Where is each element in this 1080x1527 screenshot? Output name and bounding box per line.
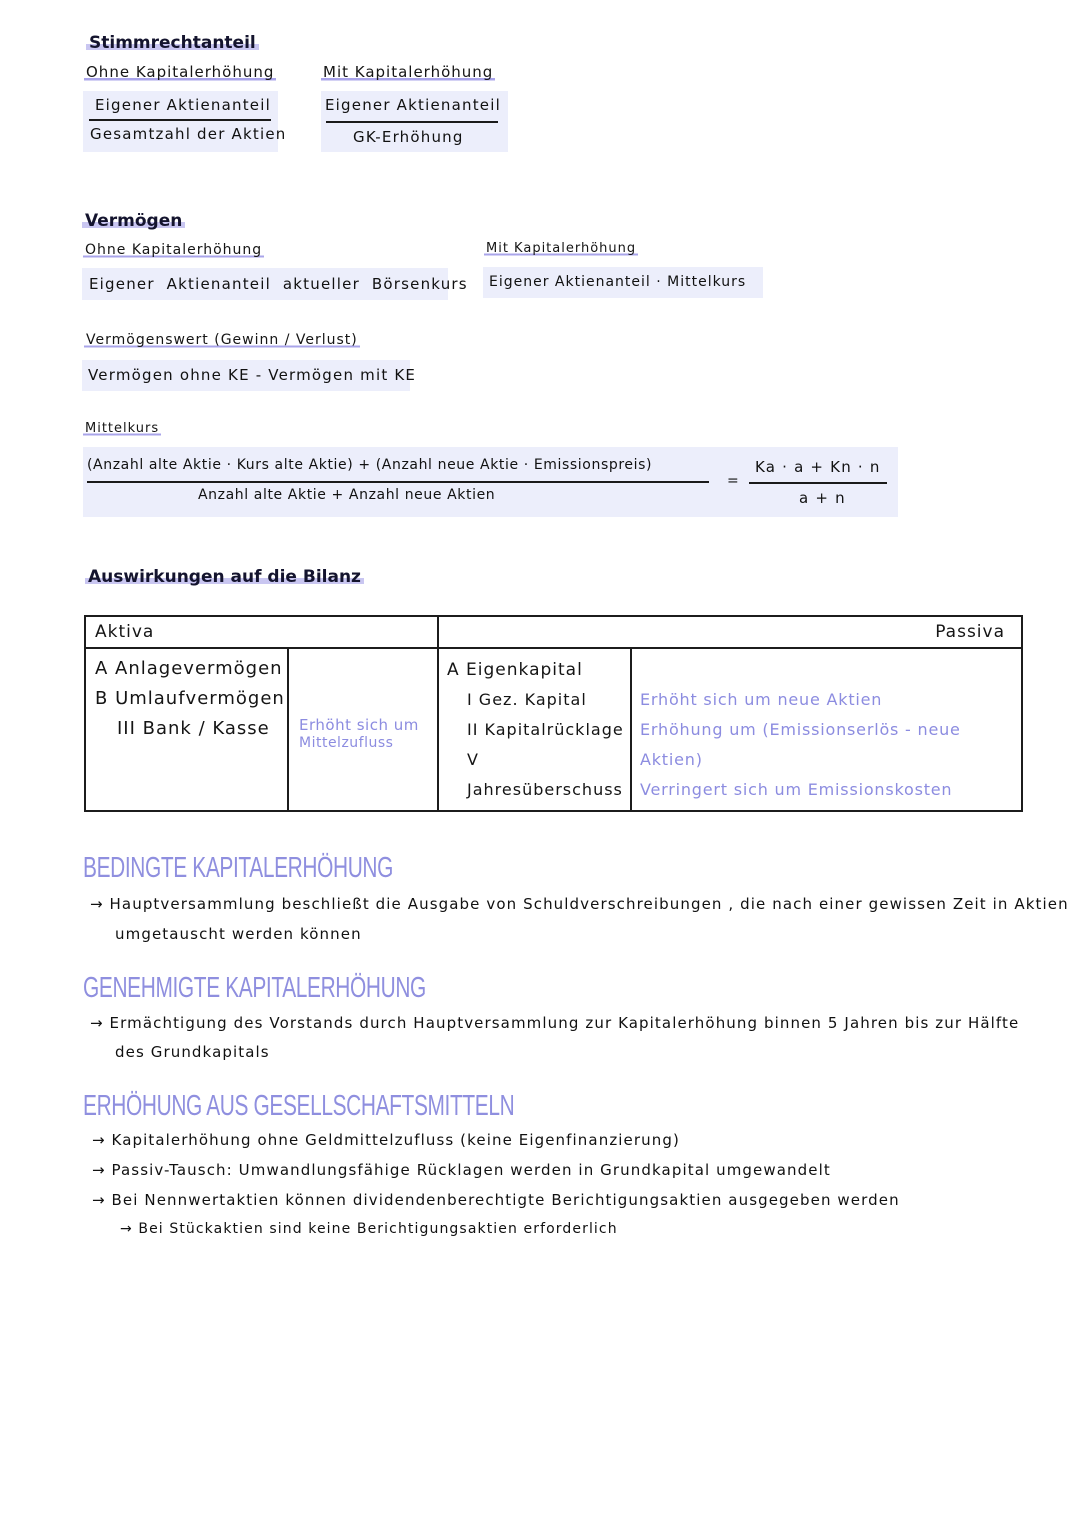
stimmrecht-mit-denominator: GK-Erhöhung (353, 128, 464, 146)
mittelkurs-numerator: (Anzahl alte Aktie · Kurs alte Aktie) + … (87, 457, 652, 473)
passiva-note: Erhöhung um (Emissionserlös - neue Aktie… (640, 715, 1021, 775)
vermoegenswert-label: Vermögenswert (Gewinn / Verlust) (84, 332, 360, 349)
vermoegen-mit-label: Mit Kapitalerhöhung (484, 241, 638, 257)
aktiva-note-line: Erhöht sich um (299, 716, 437, 735)
section-bullet: → Bei Stückaktien sind keine Berichtigun… (120, 1221, 618, 1237)
section-heading-bedingte: BEDINGTE KAPITALERHÖHUNG (83, 852, 393, 885)
aktiva-item: A Anlagevermögen (95, 654, 287, 684)
vermoegen-ohne-formula-box: Eigener Aktienanteil aktueller Börsenkur… (82, 268, 448, 300)
aktiva-note-cell: Erhöht sich um Mittelzufluss (288, 648, 438, 811)
section-heading-genehmigte: GENEHMIGTE KAPITALERHÖHUNG (83, 972, 426, 1005)
bilanz-table: Aktiva Passiva A Anlagevermögen B Umlauf… (84, 615, 1023, 812)
mittelkurs-label: Mittelkurs (83, 421, 161, 437)
passiva-note: Verringert sich um Emissionskosten (640, 775, 1021, 805)
vermoegen-mit-formula-box: Eigener Aktienanteil · Mittelkurs (483, 267, 763, 298)
aktiva-label: Aktiva (86, 617, 437, 647)
fraction-line (749, 482, 887, 484)
passiva-header-cell: Passiva (438, 616, 1022, 648)
section-bullet: des Grundkapitals (115, 1043, 270, 1061)
section-bullet: umgetauscht werden können (115, 925, 362, 943)
mittelkurs-short-numerator: Ka · a + Kn · n (755, 458, 881, 476)
section-bullet: → Ermächtigung des Vorstands durch Haupt… (90, 1014, 1019, 1032)
vermoegenswert-formula-box: Vermögen ohne KE - Vermögen mit KE (82, 360, 410, 391)
section-bullet: → Hauptversammlung beschließt die Ausgab… (90, 895, 1069, 913)
vermoegen-mit-formula: Eigener Aktienanteil · Mittelkurs (489, 274, 746, 290)
aktiva-note-line: Mittelzufluss (299, 735, 437, 752)
section-bullet: → Kapitalerhöhung ohne Geldmittelzufluss… (92, 1131, 680, 1149)
passiva-item: A Eigenkapital (447, 655, 630, 685)
vermoegen-ohne-formula: Eigener Aktienanteil aktueller Börsenkur… (89, 275, 468, 293)
section-bullet: → Passiv-Tausch: Umwandlungsfähige Rückl… (92, 1161, 831, 1179)
passiva-items-cell: A Eigenkapital I Gez. Kapital II Kapital… (438, 648, 631, 811)
passiva-notes-cell: Erhöht sich um neue Aktien Erhöhung um (… (631, 648, 1022, 811)
section-heading-gesellschaftsmittel: ERHÖHUNG AUS GESELLSCHAFTSMITTELN (83, 1090, 514, 1123)
stimmrecht-mit-formula-box: Eigener Aktienanteil GK-Erhöhung (321, 91, 508, 152)
stimmrecht-heading: Stimmrechtanteil (86, 33, 259, 53)
aktiva-header-cell: Aktiva (85, 616, 438, 648)
section-bullet: → Bei Nennwertaktien können dividendenbe… (92, 1191, 900, 1209)
fraction-line (326, 121, 498, 123)
stimmrecht-ohne-denominator: Gesamtzahl der Aktien (90, 125, 286, 143)
vermoegen-ohne-label: Ohne Kapitalerhöhung (83, 242, 264, 259)
aktiva-item: B Umlaufvermögen (95, 684, 287, 714)
passiva-item: I Gez. Kapital (447, 685, 630, 715)
passiva-note: Erhöht sich um neue Aktien (640, 685, 1021, 715)
mittelkurs-equals: = (727, 473, 740, 489)
mittelkurs-denominator: Anzahl alte Aktie + Anzahl neue Aktien (198, 487, 495, 503)
bilanz-heading: Auswirkungen auf die Bilanz (85, 567, 364, 587)
mittelkurs-formula-box: (Anzahl alte Aktie · Kurs alte Aktie) + … (83, 447, 898, 517)
fraction-line (87, 481, 709, 483)
stimmrecht-ohne-formula-box: Eigener Aktienanteil Gesamtzahl der Akti… (83, 91, 278, 152)
vermoegenswert-formula: Vermögen ohne KE - Vermögen mit KE (88, 366, 416, 384)
stimmrecht-ohne-numerator: Eigener Aktienanteil (95, 96, 271, 114)
mittelkurs-short-denominator: a + n (799, 489, 846, 507)
passiva-item: II Kapitalrücklage (447, 715, 630, 745)
passiva-item: V Jahresüberschuss (447, 745, 630, 805)
passiva-label: Passiva (439, 617, 1021, 647)
stimmrecht-ohne-label: Ohne Kapitalerhöhung (84, 63, 276, 82)
vermoegen-heading: Vermögen (82, 211, 185, 231)
fraction-line (89, 119, 271, 121)
stimmrecht-mit-label: Mit Kapitalerhöhung (321, 63, 495, 82)
stimmrecht-mit-numerator: Eigener Aktienanteil (325, 96, 501, 114)
aktiva-items-cell: A Anlagevermögen B Umlaufvermögen III Ba… (85, 648, 288, 811)
aktiva-item: III Bank / Kasse (95, 714, 287, 744)
